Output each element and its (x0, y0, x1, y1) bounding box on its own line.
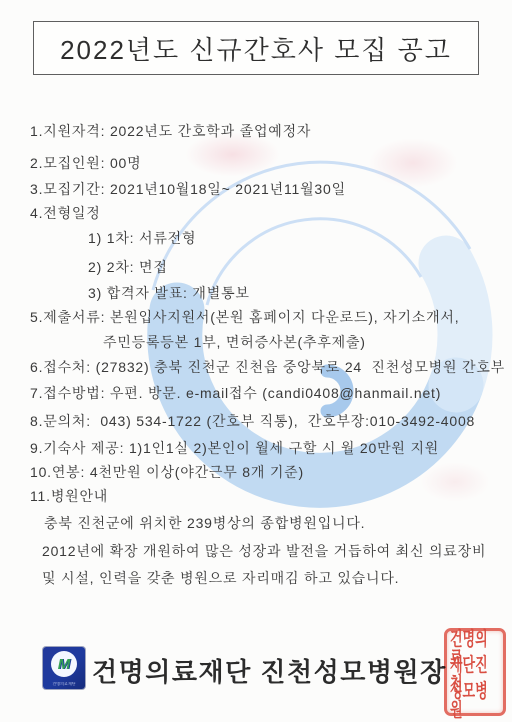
hospital-info-line-3: 및 시설, 인력을 갖춘 병원으로 자리매김 하고 있습니다. (42, 568, 399, 588)
list-item-9: 9.기숙사 제공: 1)1인1실 2)본인이 월세 구할 시 월 20만원 지원 (30, 438, 439, 458)
list-subitem-4-3: 3) 합격자 발표: 개별통보 (88, 283, 250, 303)
list-item-2: 2.모집인원: 00명 (30, 153, 141, 173)
logo-letter: M (58, 657, 71, 672)
list-item-11: 11.병원안내 (30, 486, 108, 506)
foundation-logo-icon: M 건명의료재단 (43, 647, 85, 689)
list-item-7: 7.접수방법: 우편. 방문. e-mail접수 (candi0408@hanm… (30, 383, 441, 403)
list-item-4: 4.전형일정 (30, 203, 101, 223)
notice-title: 2022년도 신규간호사 모집 공고 (60, 30, 452, 67)
list-item-5: 5.제출서류: 본원입사지원서(본원 홈페이지 다운로드), 자기소개서, (30, 307, 459, 327)
issuer-name: 건명의료재단 진천성모병원장 (92, 652, 447, 689)
title-box: 2022년도 신규간호사 모집 공고 (33, 21, 479, 75)
list-item-1: 1.지원자격: 2022년도 간호학과 졸업예정자 (30, 121, 311, 141)
scanned-notice-page: 2022년도 신규간호사 모집 공고 1.지원자격: 2022년도 간호학과 졸… (0, 0, 512, 722)
list-item-5-continued: 주민등록등본 1부, 면허증사본(추후제출) (103, 332, 366, 352)
list-item-8: 8.문의처: 043) 534-1722 (간호부 직통), 간호부장:010-… (30, 411, 475, 431)
hospital-info-line-2: 2012년에 확장 개원하여 많은 성장과 발전을 거듭하여 최신 의료장비 (42, 541, 486, 561)
official-seal-stamp: 건명의료 재단진천 성모병원 (444, 628, 506, 716)
list-item-3: 3.모집기간: 2021년10월18일~ 2021년11월30일 (30, 179, 346, 199)
logo-circle: M (51, 651, 77, 677)
hospital-info-line-1: 충북 진천군에 위치한 239병상의 종합병원입니다. (44, 513, 365, 533)
logo-caption: 건명의료재단 (43, 682, 85, 686)
list-subitem-4-1: 1) 1차: 서류전형 (88, 228, 196, 248)
list-item-6: 6.접수처: (27832) 충북 진천군 진천읍 중앙북로 24 진천성모병원… (30, 357, 505, 377)
list-item-10: 10.연봉: 4천만원 이상(야간근무 8개 기준) (30, 462, 304, 482)
list-subitem-4-2: 2) 2차: 면접 (88, 257, 168, 277)
seal-row-3: 성모병원 (450, 681, 500, 719)
